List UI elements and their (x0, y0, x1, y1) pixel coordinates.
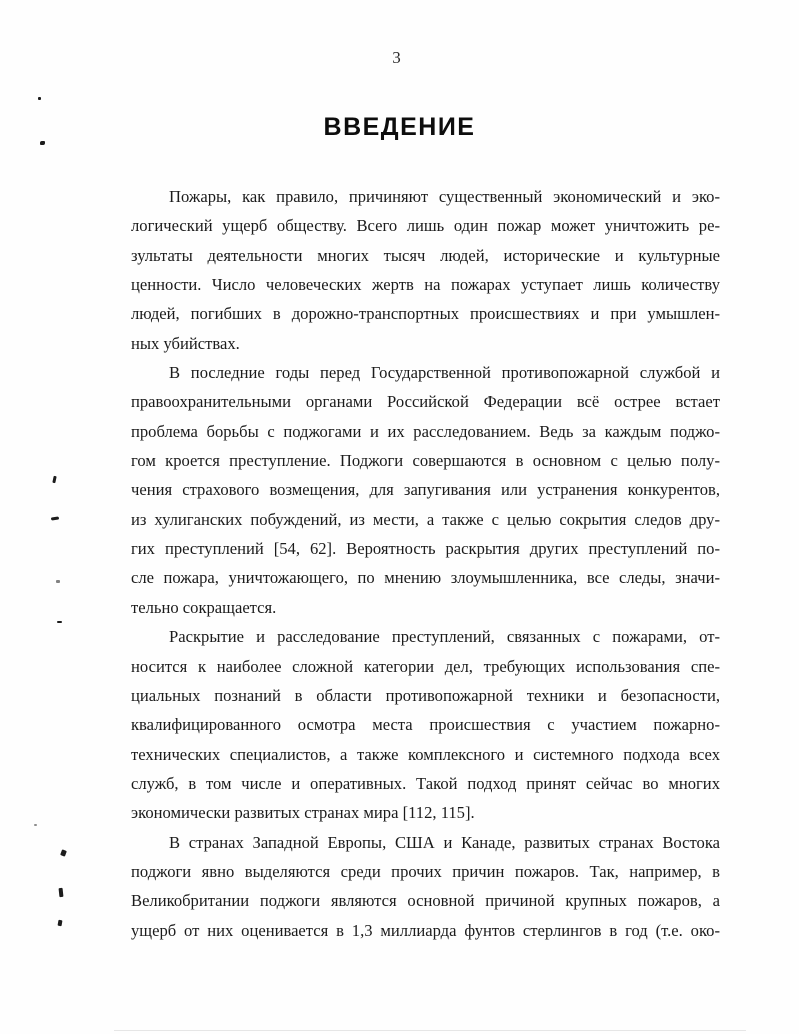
text-line: сле пожара, уничтожающего, по мнению зло… (131, 563, 720, 592)
text-line: Пожары, как правило, причиняют существен… (131, 182, 720, 211)
scan-speck (58, 920, 63, 927)
scan-speck (38, 97, 41, 100)
text-line: носится к наиболее сложной категории дел… (131, 652, 720, 681)
paragraph: Пожары, как правило, причиняют существен… (131, 182, 720, 358)
paragraph: Раскрытие и расследование преступлений, … (131, 622, 720, 827)
scanned-page: 3 ВВЕДЕНИЕ Пожары, как правило, причиняю… (0, 0, 799, 1034)
text-line: из хулиганских побуждений, из мести, а т… (131, 505, 720, 534)
text-line: Раскрытие и расследование преступлений, … (131, 622, 720, 651)
text-line: ных убийствах. (131, 329, 720, 358)
page-number: 3 (0, 48, 793, 68)
scan-speck (60, 849, 67, 856)
text-line: квалифицированного осмотра места происше… (131, 710, 720, 739)
paragraph: В последние годы перед Государственной п… (131, 358, 720, 622)
text-line: гих преступлений [54, 62]. Вероятность р… (131, 534, 720, 563)
scan-speck (56, 580, 60, 583)
text-line: ущерб от них оценивается в 1,3 миллиарда… (131, 916, 720, 945)
text-line: ценности. Число человеческих жертв на по… (131, 270, 720, 299)
text-line: гом кроется преступление. Поджоги соверш… (131, 446, 720, 475)
scan-edge-line (114, 1030, 746, 1031)
text-line: логический ущерб обществу. Всего лишь од… (131, 211, 720, 240)
scan-speck (57, 621, 62, 623)
text-line: В последние годы перед Государственной п… (131, 358, 720, 387)
text-line: циальных познаний в области противопожар… (131, 681, 720, 710)
text-line: технических специалистов, а также компле… (131, 740, 720, 769)
text-line: чения страхового возмещения, для запугив… (131, 475, 720, 504)
text-line: поджоги явно выделяются среди прочих при… (131, 857, 720, 886)
text-line: служб, в том числе и оперативных. Такой … (131, 769, 720, 798)
text-line: В странах Западной Европы, США и Канаде,… (131, 828, 720, 857)
text-line: Великобритании поджоги являются основной… (131, 886, 720, 915)
text-line: тельно сокращается. (131, 593, 720, 622)
scan-speck (40, 141, 45, 145)
scan-speck (52, 476, 56, 483)
text-line: зультаты деятельности многих тысяч людей… (131, 241, 720, 270)
text-line: проблема борьбы с поджогами и их расслед… (131, 417, 720, 446)
text-line: людей, погибших в дорожно-транспортных п… (131, 299, 720, 328)
document-body: Пожары, как правило, причиняют существен… (131, 182, 720, 945)
page-title: ВВЕДЕНИЕ (0, 113, 799, 142)
text-line: правоохранительными органами Российской … (131, 387, 720, 416)
scan-speck (34, 824, 37, 826)
text-line: экономически развитых странах мира [112,… (131, 798, 720, 827)
scan-speck (59, 888, 64, 897)
scan-speck (51, 516, 59, 520)
paragraph: В странах Западной Европы, США и Канаде,… (131, 828, 720, 945)
